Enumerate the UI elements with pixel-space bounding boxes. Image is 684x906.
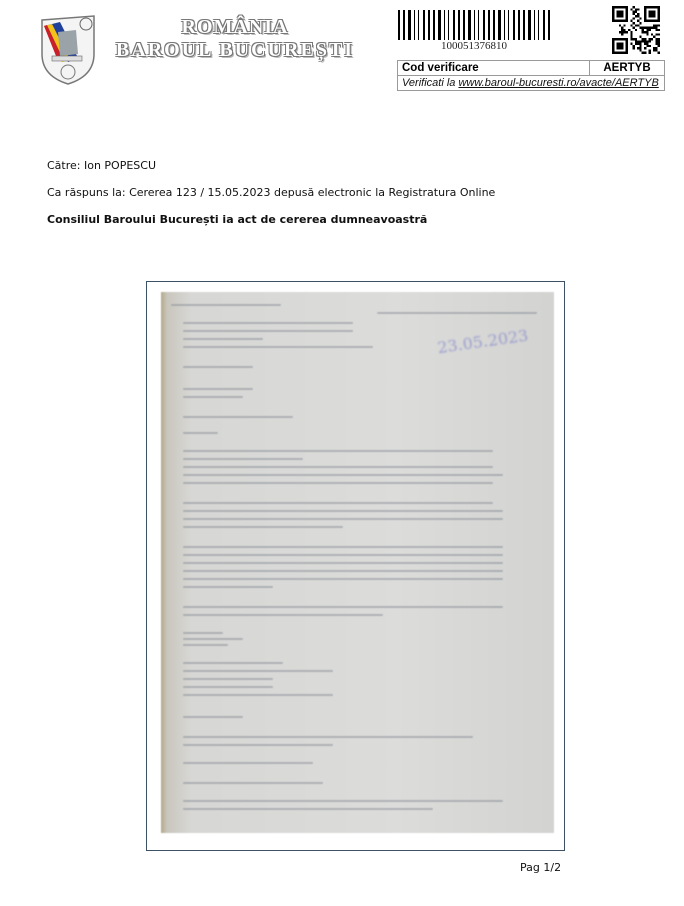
scanned-text-line <box>183 432 218 434</box>
scanned-text-line <box>183 322 353 324</box>
scanned-text-line <box>183 388 253 390</box>
page-number: Pag 1/2 <box>520 861 561 874</box>
verification-label: Cod verificare <box>398 61 590 75</box>
verification-box: Cod verificare AERTYB Verificati la www.… <box>397 60 665 91</box>
scanned-text-line <box>183 526 343 528</box>
scanned-text-line <box>183 546 503 548</box>
scanned-text-line <box>183 416 293 418</box>
verification-code: AERTYB <box>590 61 664 75</box>
scanned-text-line <box>183 518 503 520</box>
scanned-text-line <box>183 474 503 476</box>
scanned-text-line <box>183 670 333 672</box>
scanned-text-line <box>183 606 503 608</box>
reply-reference-line: Ca răspuns la: Cererea 123 / 15.05.2023 … <box>47 186 495 199</box>
scanned-text-line <box>183 736 473 738</box>
title-baroul-bucuresti: BAROUL BUCUREȘTI <box>100 38 370 62</box>
scanned-text-line <box>183 694 333 696</box>
attachment-frame: 23.05.2023 <box>146 281 565 851</box>
scanned-text-line <box>183 662 283 664</box>
scanned-text-line <box>183 686 273 688</box>
scanned-text-line <box>183 346 373 348</box>
scanned-text-line <box>183 762 313 764</box>
recipient-line: Către: Ion POPESCU <box>47 159 156 172</box>
scanned-text-line <box>183 744 333 746</box>
scanned-text-line <box>183 782 323 784</box>
scanned-text-line <box>183 586 273 588</box>
scanned-text-line <box>183 458 303 460</box>
council-statement: Consiliul Baroului București ia act de c… <box>47 213 427 226</box>
scanned-text-line <box>183 578 503 580</box>
date-stamp: 23.05.2023 <box>436 326 529 358</box>
verification-prefix: Verificati la <box>402 77 458 89</box>
scanned-text-line <box>183 614 383 616</box>
scanned-text-line <box>183 330 353 332</box>
scanned-text-line <box>183 716 243 718</box>
scanned-text-line <box>183 644 228 646</box>
barcode-icon <box>398 10 550 40</box>
scanned-text-line <box>183 562 503 564</box>
institution-title: ROMÂNIA BAROUL BUCUREȘTI <box>100 16 370 62</box>
scanned-text-line <box>183 450 493 452</box>
title-romania: ROMÂNIA <box>100 16 370 38</box>
qr-code-icon <box>612 6 660 54</box>
scanned-text-line <box>183 638 243 640</box>
scanned-text-line <box>183 800 503 802</box>
scanned-text-line <box>183 678 273 680</box>
verification-link[interactable]: www.baroul-bucuresti.ro/avacte/AERTYB <box>458 77 658 89</box>
scanned-text-line <box>183 366 253 368</box>
scanned-text-line <box>183 502 493 504</box>
barcode-number: 100051376810 <box>398 40 550 52</box>
bar-association-crest-icon <box>38 14 98 86</box>
scanned-text-line <box>183 808 433 810</box>
scanned-text-line <box>183 554 503 556</box>
scanned-text-line <box>183 396 243 398</box>
scanned-text-line <box>183 338 263 340</box>
scanned-document-image: 23.05.2023 <box>161 292 554 833</box>
scanned-text-line <box>183 466 493 468</box>
scanned-text-line <box>183 632 223 634</box>
verification-instruction: Verificati la www.baroul-bucuresti.ro/av… <box>398 76 664 90</box>
scanned-text-line <box>377 312 537 314</box>
scanned-text-line <box>183 570 503 572</box>
scanned-text-line <box>171 304 281 306</box>
scanned-text-line <box>183 510 503 512</box>
scanned-text-line <box>183 482 493 484</box>
